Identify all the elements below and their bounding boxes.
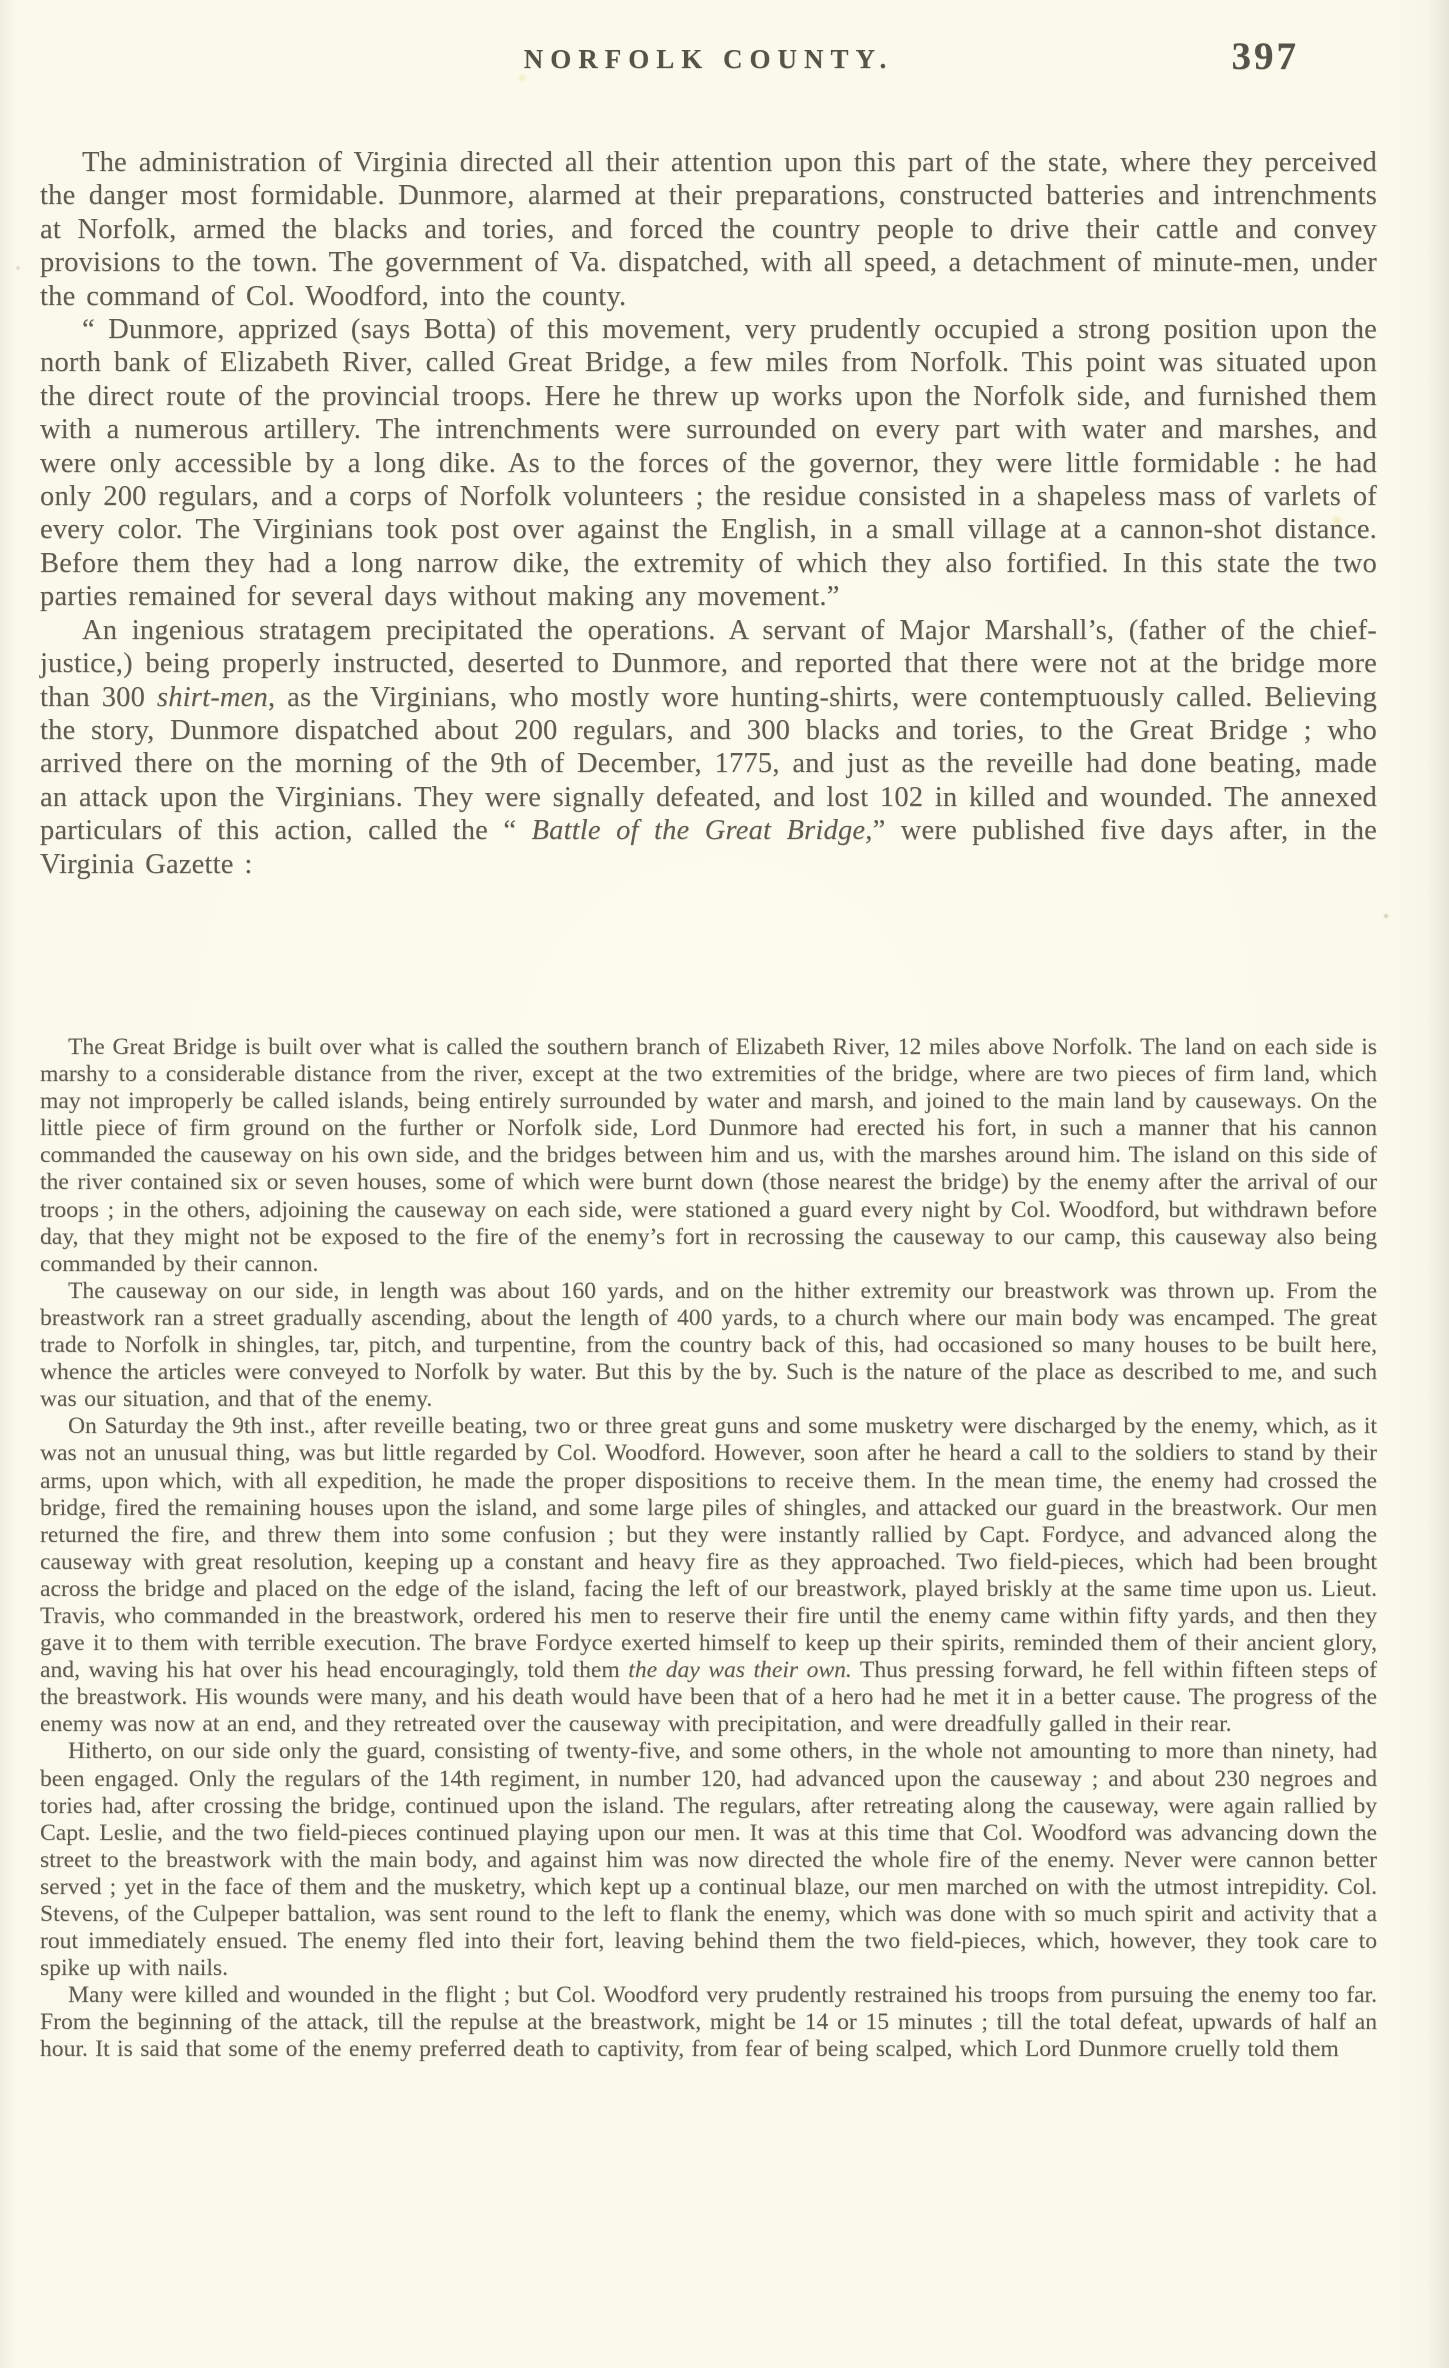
main-text-block: The administration of Virginia directed …: [40, 146, 1377, 881]
paragraph-administration: The administration of Virginia directed …: [40, 146, 1377, 313]
book-page: NORFOLK COUNTY. 397 The administration o…: [0, 0, 1449, 2368]
extract-paragraph-hitherto: Hitherto, on our side only the guard, co…: [40, 1738, 1377, 1982]
extract-paragraph-saturday-attack: On Saturday the 9th inst., after reveill…: [40, 1413, 1377, 1738]
extract-paragraph-many-killed: Many were killed and wounded in the flig…: [40, 1982, 1377, 2063]
italic-shirt-men: shirt-men: [157, 682, 268, 713]
italic-the-day-was-their-own: the day was their own.: [628, 1657, 852, 1683]
page-header: NORFOLK COUNTY. 397: [40, 44, 1377, 75]
italic-battle-of-great-bridge: Battle of the Great Bridge,: [532, 815, 873, 846]
extract-paragraph-saturday-text: On Saturday the 9th inst., after reveill…: [40, 1413, 1377, 1683]
running-title: NORFOLK COUNTY.: [524, 44, 894, 74]
paragraph-stratagem: An ingenious stratagem precipitated the …: [40, 614, 1377, 881]
gazette-extract-block: The Great Bridge is built over what is c…: [40, 1034, 1377, 2064]
extract-paragraph-causeway: The causeway on our side, in length was …: [40, 1278, 1377, 1413]
page-number: 397: [1232, 34, 1300, 79]
paragraph-botta-quote: “ Dunmore, apprized (says Botta) of this…: [40, 313, 1377, 614]
extract-paragraph-great-bridge: The Great Bridge is built over what is c…: [40, 1034, 1377, 1278]
